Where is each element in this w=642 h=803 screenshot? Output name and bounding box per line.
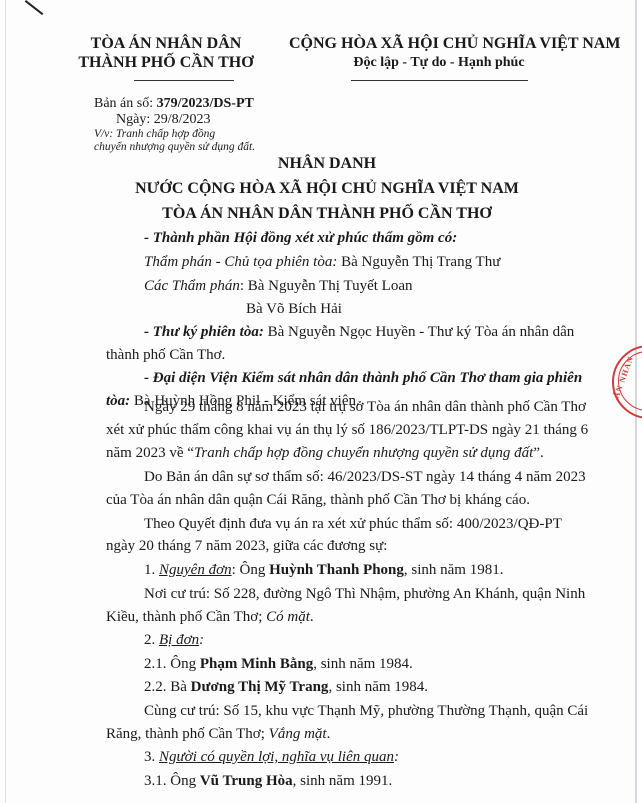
p1-line2: xét xử phúc thẩm công khai vụ án thụ lý … (106, 420, 588, 440)
clerk-cont: thành phố Cần Thơ. (106, 345, 225, 365)
national-motto: Độc lập - Tự do - Hạnh phúc (289, 53, 589, 72)
pen-mark (25, 0, 44, 15)
presiding-judge: Thẩm phán - Chủ tọa phiên tòa: Bà Nguyễn… (144, 252, 500, 272)
p1-line3: năm 2023 về “Tranh chấp hợp đồng chuyển … (106, 443, 544, 463)
case-number: Bản án số: 379/2023/DS-PT (94, 96, 254, 112)
defendant-address: Cùng cư trú: Số 15, khu vực Thạnh Mỹ, ph… (144, 701, 588, 721)
title-line1: NHÂN DANH (6, 155, 642, 173)
court-name-line2: THÀNH PHỐ CẦN THƠ (66, 53, 266, 72)
p2-line1: Do Bản án dân sự sơ thẩm số: 46/2023/DS-… (144, 467, 586, 487)
p1-line1: Ngày 29 tháng 8 năm 2023 tại trụ sở Tòa … (144, 397, 586, 417)
related-party-1: 3.1. Ông Vũ Trung Hòa, sinh năm 1991. (144, 771, 392, 791)
panel-heading: - Thành phần Hội đồng xét xử phúc thẩm g… (144, 228, 457, 248)
procuracy: - Đại diện Viện Kiểm sát nhân dân thành … (144, 368, 582, 388)
plaintiff-address: Nơi cư trú: Số 228, đường Ngô Thì Nhậm, … (144, 584, 585, 604)
p3-line1: Theo Quyết định đưa vụ án ra xét xử phúc… (144, 514, 562, 534)
plaintiff-address-cont: Kiều, thành phố Cần Thơ; Có mặt. (106, 607, 314, 627)
clerk: - Thư ký phiên tòa: Bà Nguyễn Ngọc Huyền… (144, 322, 574, 342)
divider (351, 80, 528, 81)
case-date: Ngày: 29/8/2023 (116, 112, 211, 128)
defendant-heading: 2. Bị đơn: (144, 630, 204, 650)
divider (134, 80, 234, 81)
court-header: TÒA ÁN NHÂN DÂN THÀNH PHỐ CẦN THƠ (66, 34, 266, 72)
document-page: TÒA ÁN NHÂN DÂN THÀNH PHỐ CẦN THƠ CỘNG H… (5, 0, 637, 803)
national-header: CỘNG HÒA XÃ HỘI CHỦ NGHĨA VIỆT NAM Độc l… (289, 34, 589, 72)
title-line3: TÒA ÁN NHÂN DÂN THÀNH PHỐ CẦN THƠ (6, 205, 642, 223)
defendant-1: 2.1. Ông Phạm Minh Bằng, sinh năm 1984. (144, 654, 413, 674)
defendant-address-cont: Răng, thành phố Cần Thơ; Vắng mặt. (106, 724, 330, 744)
p3-line2: ngày 20 tháng 7 năm 2023, giữa các đương… (106, 536, 387, 556)
judge-1: Các Thẩm phán: Bà Nguyễn Thị Tuyết Loan (144, 276, 412, 296)
judge-2: Bà Võ Bích Hải (246, 299, 342, 319)
court-name-line1: TÒA ÁN NHÂN DÂN (66, 34, 266, 53)
p2-line2: của Tòa án nhân dân quận Cái Răng, thành… (106, 490, 530, 510)
related-party-heading: 3. Người có quyền lợi, nghĩa vụ liên qua… (144, 747, 399, 767)
defendant-2: 2.2. Bà Dương Thị Mỹ Trang, sinh năm 198… (144, 677, 428, 697)
title-line2: NƯỚC CỘNG HÒA XÃ HỘI CHỦ NGHĨA VIỆT NAM (6, 180, 642, 198)
plaintiff: 1. Nguyên đơn: Ông Huỳnh Thanh Phong, si… (144, 560, 503, 580)
national-title: CỘNG HÒA XÃ HỘI CHỦ NGHĨA VIỆT NAM (289, 34, 589, 53)
case-subject: V/v: Tranh chấp hợp đồng chuyển nhượng q… (94, 128, 255, 154)
